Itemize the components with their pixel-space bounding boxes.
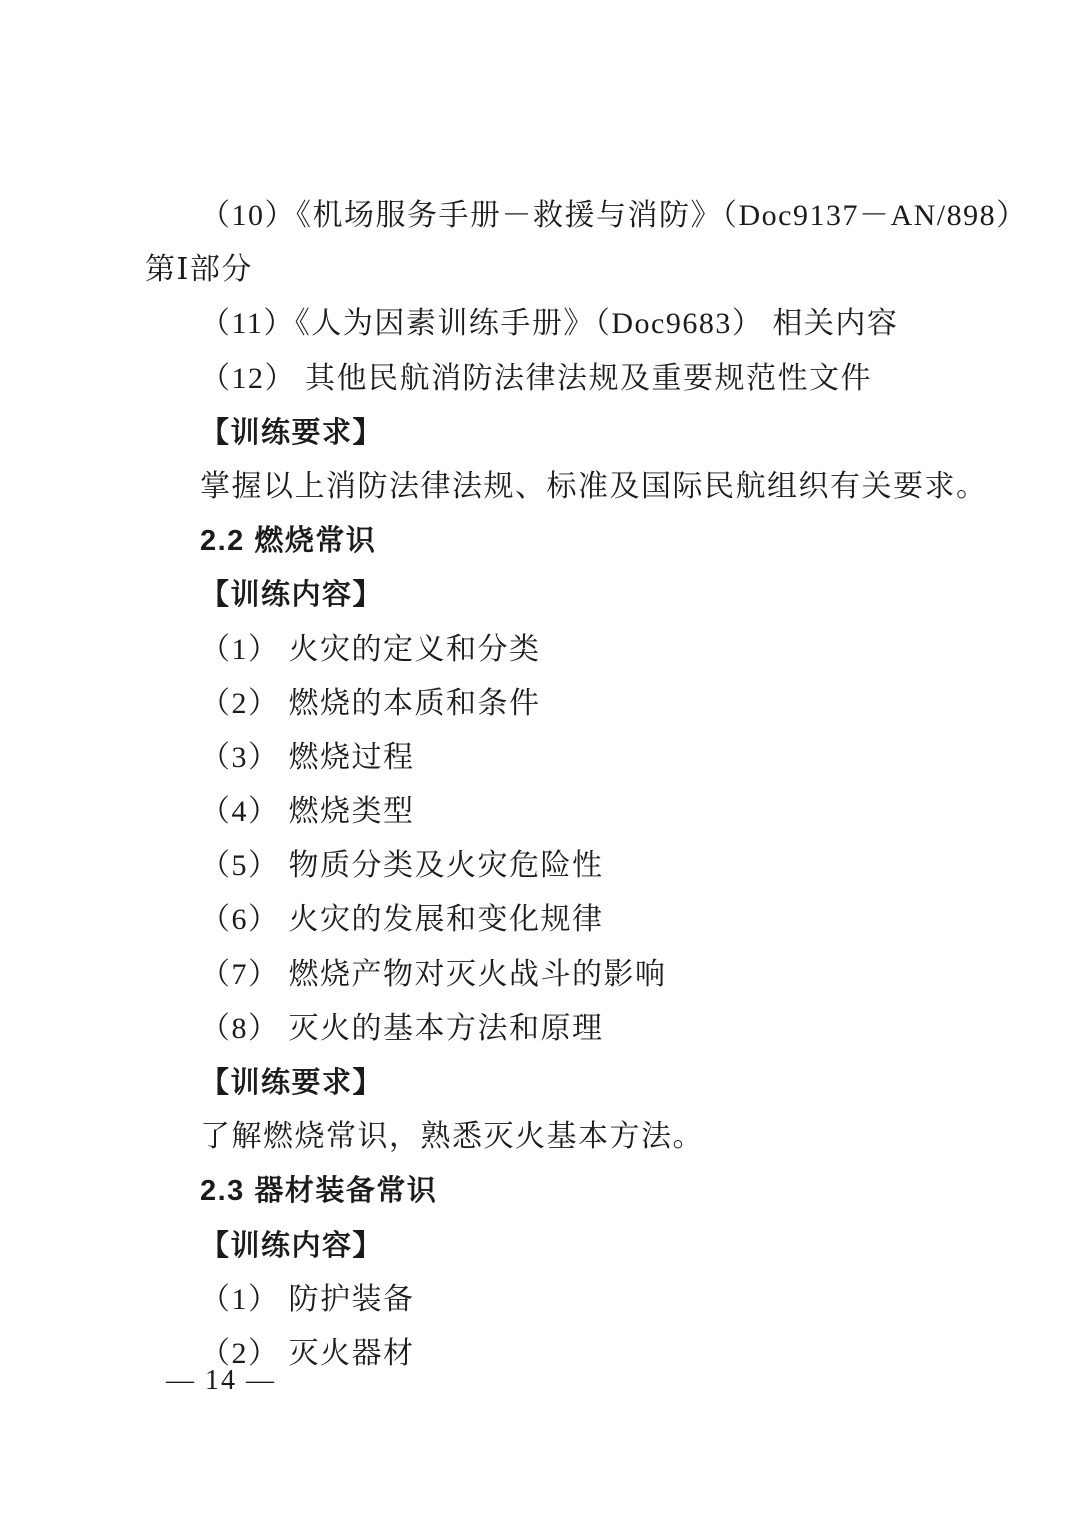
document-line: （2） 燃烧的本质和条件 bbox=[145, 677, 955, 731]
document-line: 掌握以上消防法律法规、标准及国际民航组织有关要求。 bbox=[145, 460, 955, 514]
document-line: （12） 其他民航消防法律法规及重要规范性文件 bbox=[145, 352, 955, 406]
document-line: 了解燃烧常识，熟悉灭火基本方法。 bbox=[145, 1110, 955, 1164]
document-line: 【训练内容】 bbox=[145, 568, 955, 622]
document-line: （7） 燃烧产物对灭火战斗的影响 bbox=[145, 948, 955, 1002]
document-line: （3） 燃烧过程 bbox=[145, 731, 955, 785]
document-line: 2.3 器材装备常识 bbox=[145, 1164, 955, 1218]
document-line: （5） 物质分类及火灾危险性 bbox=[145, 839, 955, 893]
document-line: （11）《人为因素训练手册》（Doc9683） 相关内容 bbox=[145, 297, 955, 351]
document-line: （4） 燃烧类型 bbox=[145, 785, 955, 839]
document-line: （8） 灭火的基本方法和原理 bbox=[145, 1002, 955, 1056]
document-body: （10）《机场服务手册－救援与消防》（Doc9137－AN/898）第Ⅰ部分（1… bbox=[145, 189, 955, 1381]
document-line: 【训练内容】 bbox=[145, 1219, 955, 1273]
document-line: （1） 火灾的定义和分类 bbox=[145, 623, 955, 677]
document-line: （1） 防护装备 bbox=[145, 1273, 955, 1327]
document-line: （6） 火灾的发展和变化规律 bbox=[145, 893, 955, 947]
document-line: 【训练要求】 bbox=[145, 1056, 955, 1110]
document-page: （10）《机场服务手册－救援与消防》（Doc9137－AN/898）第Ⅰ部分（1… bbox=[0, 0, 1080, 1528]
document-line: （10）《机场服务手册－救援与消防》（Doc9137－AN/898） bbox=[145, 189, 955, 243]
page-number: — 14 — bbox=[166, 1364, 276, 1398]
document-line: 2.2 燃烧常识 bbox=[145, 514, 955, 568]
document-line: 【训练要求】 bbox=[145, 406, 955, 460]
document-line: 第Ⅰ部分 bbox=[145, 243, 955, 297]
